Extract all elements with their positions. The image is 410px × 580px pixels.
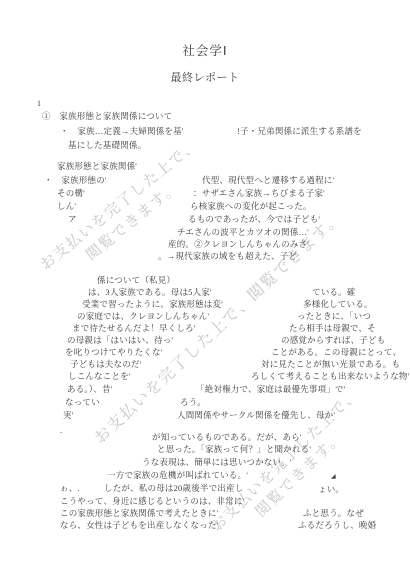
text-fragment: ふるだろうし、晩婚 [298,521,376,530]
text-fragment: ことがある。この母親にとって、 [271,348,401,357]
text-fragment: の母親は「はいはい、待っ' [67,336,173,345]
text-fragment: なら、女性は子どもを出産しなくなった' [60,521,218,530]
page-number: 1 [37,99,41,108]
text-fragment: 一方で家族の危機が叫ばれている。' [107,471,248,480]
text-fragment: 代型、現代型へと遷移する過程に' [202,176,334,185]
text-fragment: が知っているものである。だが、あら' [152,433,302,442]
text-fragment: ら核家族への変化が起こった。 [190,202,312,211]
text-fragment: 「絶対権力で、家庭は最優先事項」で' [196,385,345,394]
page-title: 社会学Ⅰ [0,41,410,59]
text-fragment: は、3人家族である。母は5人家' [88,288,212,297]
text-fragment: るものであったが、今では子ども' [188,215,320,224]
text-fragment: を叱りつけてやりたくな' [65,348,162,357]
text-fragment: したが、私の母は20歳後半で出産し [104,484,243,493]
text-fragment: 受業で習ったように、家族形態は変' [82,300,223,309]
text-fragment: ろう。 [180,398,206,407]
text-fragment: ょい。 [318,485,344,494]
text-fragment: 基にした基礎関係。 [68,141,146,150]
text-fragment: 実' [63,411,73,420]
text-fragment: . [60,426,62,435]
text-fragment: 産的。②クレヨンしんちゃんのみさ' [168,240,309,249]
text-fragment: ゎ、. [60,484,80,493]
text-fragment: の感覚からすれば、子ども [281,336,385,345]
text-fragment: の家庭では、クレヨンしんちゃん' [77,312,209,321]
text-fragment: ・ 家族…定義→夫婦関係を基' [60,127,184,136]
text-fragment: ている。確 [312,288,356,297]
text-fragment: うな表現は、簡単には思いつかない。' [142,458,292,467]
text-fragment: チエさんの波平とカツオの関係…' [177,228,309,237]
text-fragment: ：サザエさん家族→ちびまる子家' [193,189,325,198]
text-fragment: ・ 家族形態の' [44,176,107,185]
text-fragment: ろしくて考えることも出来ないような物' [251,372,409,381]
text-fragment: ある。）、昔' [67,385,112,394]
text-fragment: その構' [57,189,85,198]
text-fragment: 人間関係やサークル関係を優先し、母か' [177,411,335,420]
document-page: 社会学Ⅰ 最終レポート 1 お支払いを完了した上で、閲覧できます。お支払いを完了… [0,0,410,580]
text-fragment: なってい [65,398,100,407]
text-fragment: 子どもは夫なのだ' [70,360,141,369]
text-fragment: 家族形態と家族関係' [57,162,137,171]
text-fragment: しこんなことを' [68,372,131,381]
text-fragment: !子・兄弟関係に派生する系譜を [237,127,362,136]
text-fragment: ふと思う。なぜ [303,509,364,518]
text-fragment: 係について（私見） [97,276,175,285]
text-fragment: 。→現代家族の域をも超えた、子ど [158,252,297,261]
text-fragment: ったときに、「いつ [297,312,371,321]
page-subtitle: 最終レポート [0,69,410,85]
text-fragment: ① 家族形態と家族関係について [42,112,172,121]
paywall-watermark: お支払いを完了した上で、閲覧できます。 [36,134,216,291]
text-fragment: 対に見たことが無い光景である。も [261,360,400,369]
text-fragment: この家族形態と家族関係で考えたときに' [60,509,218,518]
text-fragment: こうやって、身近に感じるというのは、非常に' [60,497,244,506]
text-fragment: たら相手は母親で、そ [289,324,376,333]
text-fragment: まで待たせるんだよ！早くしろ' [72,324,196,333]
text-fragment: ◢ [331,474,336,480]
text-fragment: と思った。「家族って何？」と聞かれる' [157,445,311,454]
text-fragment: ア [68,215,77,224]
text-fragment: しん' [57,202,76,211]
text-fragment: 多様化している。 [303,300,373,309]
